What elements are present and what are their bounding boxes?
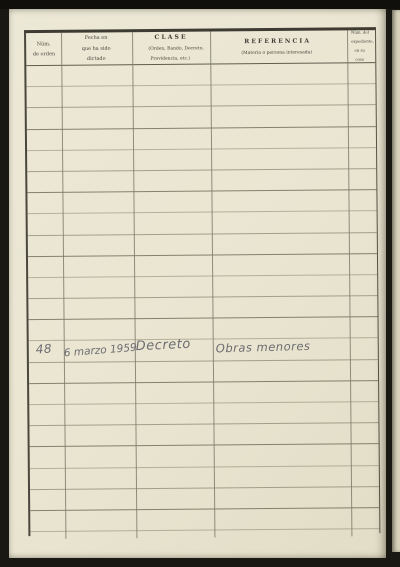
header-clase: C L A S E (Orden, Bando, Decreto, Provid… — [131, 32, 209, 65]
table-row — [27, 105, 376, 129]
table-row — [30, 466, 379, 490]
table-row — [28, 211, 377, 235]
header-clase-sub1: (Orden, Bando, Decreto, — [148, 45, 192, 51]
header-num-orden-line2: de orden — [33, 51, 55, 58]
table-row — [28, 254, 377, 278]
entry-num-orden: 48 — [35, 342, 52, 357]
table-row — [27, 148, 376, 172]
table-row — [30, 508, 379, 532]
entry-referencia: Obras menores — [216, 339, 311, 355]
table-row — [30, 487, 379, 511]
scan-background: Núm. de orden Fecha en que ha sido dicta… — [0, 0, 400, 567]
header-referencia-sub1: (Materia o persona interesada) — [239, 49, 315, 55]
table-row — [27, 190, 376, 214]
table-row — [26, 63, 375, 87]
header-fecha-line3: dictado — [75, 56, 118, 63]
header-num-orden: Núm. de orden — [26, 33, 61, 65]
header-num-expediente: Núm. del expediente, en su caso — [344, 30, 375, 62]
table-body — [26, 63, 379, 532]
table-row — [26, 84, 375, 108]
header-num-expediente-line2: expediente, — [351, 39, 368, 44]
header-num-orden-line1: Núm. — [33, 40, 55, 47]
header-fecha-line1: Fecha en — [74, 35, 117, 42]
table-row — [29, 317, 378, 341]
header-referencia-title: R E F E R E N C I A — [231, 38, 322, 46]
table-row — [28, 296, 377, 320]
table-row — [27, 127, 376, 151]
header-referencia: R E F E R E N C I A (Materia o persona i… — [209, 30, 344, 63]
ledger-page: Núm. de orden Fecha en que ha sido dicta… — [9, 8, 386, 558]
table-row — [29, 381, 378, 405]
table-row — [29, 423, 378, 447]
table-header-row: Núm. de orden Fecha en que ha sido dicta… — [26, 30, 375, 66]
table-row — [28, 275, 377, 299]
entry-clase: Decreto — [135, 337, 191, 354]
table-row — [29, 360, 378, 384]
table-row — [29, 402, 378, 426]
header-fecha-line2: que ha sido — [74, 45, 117, 52]
table-row — [28, 233, 377, 257]
header-num-expediente-line3: en su — [351, 48, 368, 53]
table-row — [27, 169, 376, 193]
header-clase-sub2: Providencia, etc.) — [148, 55, 192, 61]
header-clase-title: C L A S E — [144, 34, 196, 42]
facing-page-edge — [392, 10, 400, 552]
registry-table: Núm. de orden Fecha en que ha sido dicta… — [24, 27, 380, 536]
table-row — [30, 444, 379, 468]
header-num-expediente-line1: Núm. del — [351, 30, 368, 35]
header-fecha: Fecha en que ha sido dictado — [61, 32, 131, 65]
header-num-expediente-line4: caso — [351, 57, 368, 62]
